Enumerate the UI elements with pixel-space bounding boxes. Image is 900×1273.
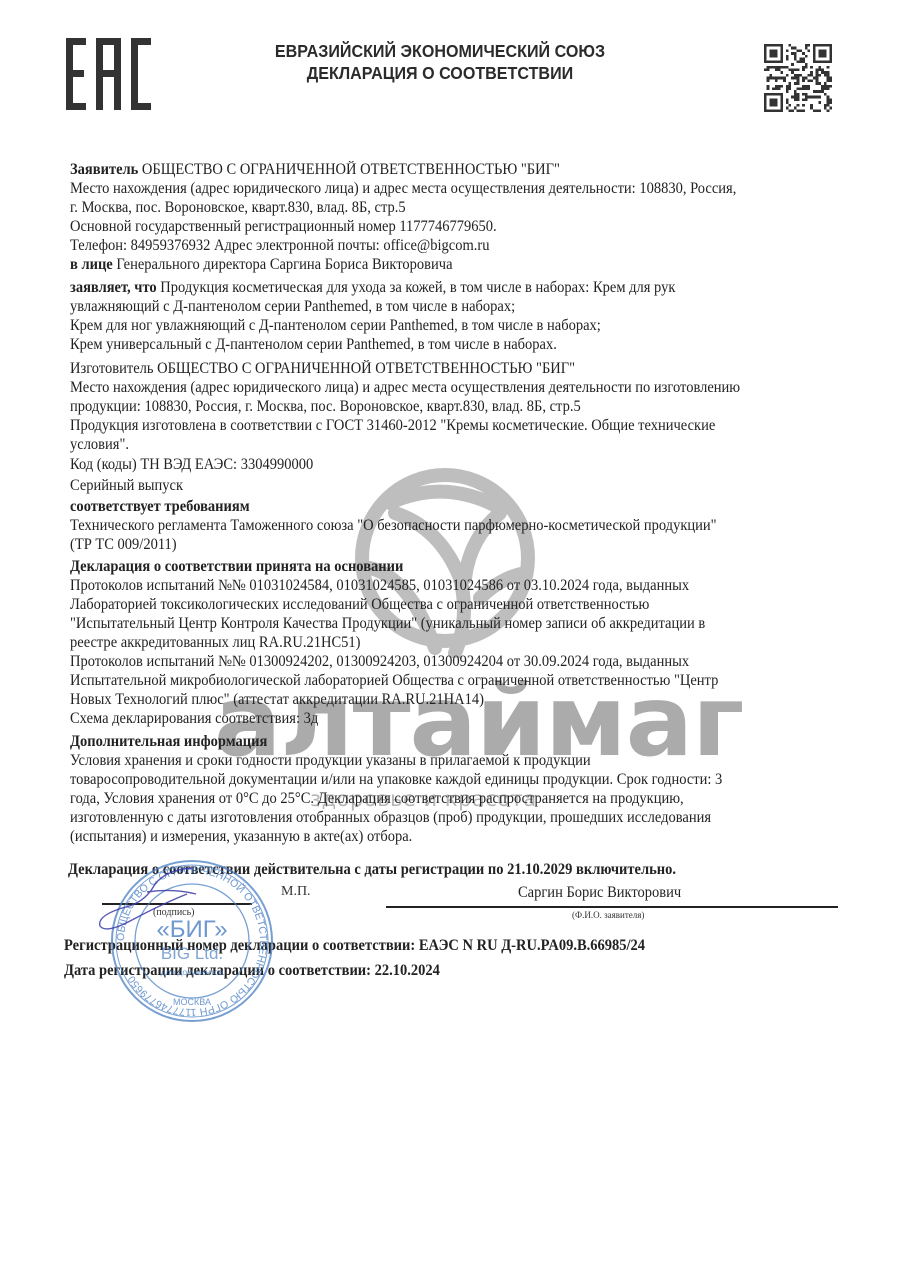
additional-info-line: года, Условия хранения от 0°С до 25°С. Д…: [70, 789, 786, 808]
applicant-address-1: Место нахождения (адрес юридического лиц…: [70, 179, 786, 198]
statement-line-1: Продукция косметическая для ухода за кож…: [157, 279, 676, 296]
additional-info-line: товаросопроводительной документации и/ил…: [70, 770, 786, 789]
requirements-line-2: (ТР ТС 009/2011): [70, 535, 786, 554]
applicant-person-label: в лице: [70, 256, 113, 273]
tn-ved-code: Код (коды) ТН ВЭД ЕАЭС: 3304990000: [70, 455, 786, 474]
applicant-name: ОБЩЕСТВО С ОГРАНИЧЕННОЙ ОТВЕТСТВЕННОСТЬЮ…: [138, 161, 560, 178]
registration-date: Дата регистрации декларации о соответств…: [64, 962, 440, 980]
manufacturer-section: Изготовитель ОБЩЕСТВО С ОГРАНИЧЕННОЙ ОТВ…: [70, 359, 786, 454]
manufacturer-line-3: продукции: 108830, Россия, г. Москва, по…: [70, 397, 786, 416]
header-union-title: ЕВРАЗИЙСКИЙ ЭКОНОМИЧЕСКИЙ СОЮЗ: [219, 40, 661, 62]
additional-info-line: изготовленную с даты изготовления отобра…: [70, 808, 786, 827]
basis-section: Декларация о соответствии принята на осн…: [70, 557, 786, 728]
additional-info-line: Условия хранения и сроки годности продук…: [70, 751, 786, 770]
signer-name: Саргин Борис Викторович: [518, 884, 681, 902]
additional-info-section: Дополнительная информация Условия хранен…: [70, 732, 786, 846]
applicant-ogrn: Основной государственный регистрационный…: [70, 217, 786, 236]
signer-name-line: [386, 906, 838, 908]
header-declaration-title: ДЕКЛАРАЦИЯ О СООТВЕТСТВИИ: [219, 62, 661, 84]
manufacturer-line-5: условия".: [70, 435, 786, 454]
requirements-heading: соответствует требованиям: [70, 498, 250, 515]
declaration-page: ЕВРАЗИЙСКИЙ ЭКОНОМИЧЕСКИЙ СОЮЗ ДЕКЛАРАЦИ…: [0, 0, 900, 1273]
serial-release: Серийный выпуск: [70, 476, 786, 495]
validity-statement: Декларация о соответствии действительна …: [68, 861, 676, 879]
signature-line: [102, 903, 252, 905]
basis-line: Новых Технологий плюс" (аттестат аккреди…: [70, 690, 786, 709]
applicant-section: Заявитель ОБЩЕСТВО С ОГРАНИЧЕННОЙ ОТВЕТС…: [70, 160, 786, 274]
signature-caption: (подпись): [153, 907, 195, 918]
statement-label: заявляет, что: [70, 279, 157, 296]
applicant-contacts: Телефон: 84959376932 Адрес электронной п…: [70, 236, 786, 255]
document-header: ЕВРАЗИЙСКИЙ ЭКОНОМИЧЕСКИЙ СОЮЗ ДЕКЛАРАЦИ…: [219, 40, 661, 84]
registration-number: Регистрационный номер декларации о соотв…: [64, 937, 645, 955]
signer-caption: (Ф.И.О. заявителя): [572, 910, 644, 920]
declaration-scheme: Схема декларирования соответствия: 3д: [70, 709, 786, 728]
basis-line: Протоколов испытаний №№ 01031024584, 010…: [70, 576, 786, 595]
statement-line-4: Крем универсальный с Д-пантенолом серии …: [70, 335, 786, 354]
basis-line: Протоколов испытаний №№ 01300924202, 013…: [70, 652, 786, 671]
requirements-line-1: Технического регламента Таможенного союз…: [70, 516, 786, 535]
statement-line-2: увлажняющий с Д-пантенолом серии Panthem…: [70, 297, 786, 316]
basis-line: Испытательной микробиологической лаборат…: [70, 671, 786, 690]
statement-section: заявляет, что Продукция косметическая дл…: [70, 278, 786, 354]
additional-info-line: (испытания) и измерения, указанную в акт…: [70, 827, 786, 846]
stamp-place-label: М.П.: [281, 884, 311, 900]
manufacturer-line-2: Место нахождения (адрес юридического лиц…: [70, 378, 786, 397]
basis-heading: Декларация о соответствии принята на осн…: [70, 558, 403, 575]
applicant-address-2: г. Москва, пос. Вороновское, кварт.830, …: [70, 198, 786, 217]
additional-info-heading: Дополнительная информация: [70, 733, 267, 750]
codes-section: Код (коды) ТН ВЭД ЕАЭС: 3304990000 Серий…: [70, 455, 786, 554]
manufacturer-line-1: Изготовитель ОБЩЕСТВО С ОГРАНИЧЕННОЙ ОТВ…: [70, 359, 786, 378]
manufacturer-line-4: Продукция изготовлена в соответствии с Г…: [70, 416, 786, 435]
basis-line: Лабораторией токсикологических исследова…: [70, 595, 786, 614]
eac-logo-icon: [66, 38, 152, 110]
basis-line: реестре аккредитованных лиц RA.RU.21HC51…: [70, 633, 786, 652]
qr-code-icon[interactable]: [764, 42, 832, 114]
stamp-city: МОСКВА: [173, 997, 211, 1007]
basis-line: "Испытательный Центр Контроля Качества П…: [70, 614, 786, 633]
applicant-person: Генерального директора Саргина Бориса Ви…: [113, 256, 453, 273]
applicant-label: Заявитель: [70, 161, 138, 178]
statement-line-3: Крем для ног увлажняющий с Д-пантенолом …: [70, 316, 786, 335]
